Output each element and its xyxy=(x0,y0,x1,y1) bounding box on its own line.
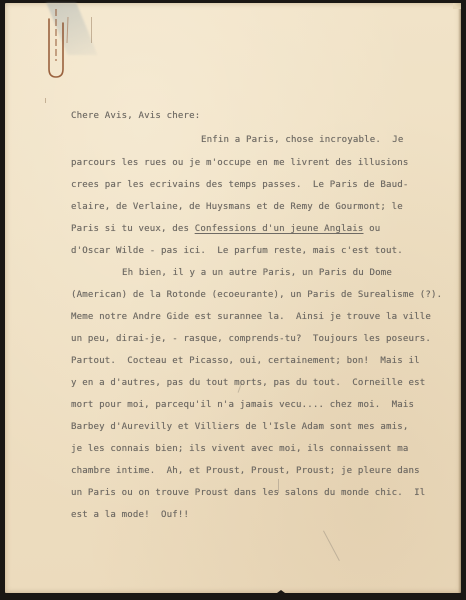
salutation: Chere Avis, Avis chere: xyxy=(71,111,200,122)
book-title: Confessions d'un jeune Anglais xyxy=(195,224,364,234)
text-line: (American) de la Rotonde (ecoeurante), u… xyxy=(71,290,442,301)
text-line: mort pour moi, parcequ'il n'a jamais vec… xyxy=(71,400,414,411)
text-line: elaire, de Verlaine, de Huysmans et de R… xyxy=(71,202,403,213)
text-line: parcours les rues ou je m'occupe en me l… xyxy=(71,158,409,169)
text-line: Meme notre Andre Gide est surannee la. A… xyxy=(71,312,431,323)
text-line: Barbey d'Aurevilly et Villiers de l'Isle… xyxy=(71,422,409,433)
text-line: crees par les ecrivains des temps passes… xyxy=(71,180,409,191)
letter-page: Chere Avis, Avis chere: Enfin a Paris, c… xyxy=(5,3,461,593)
scanned-document: Chere Avis, Avis chere: Enfin a Paris, c… xyxy=(0,0,466,600)
text-line: un peu, dirai-je, - rasque, comprends-tu… xyxy=(71,334,431,345)
text-line: d'Oscar Wilde - pas ici. Le parfum reste… xyxy=(71,246,403,257)
text-line: je les connais bien; ils vivent avec moi… xyxy=(71,444,409,455)
text-fragment: ou xyxy=(364,224,381,234)
text-fragment: Paris si tu veux, des xyxy=(71,224,195,234)
text-line: est a la mode! Ouf!! xyxy=(71,510,189,521)
text-line: Eh bien, il y a un autre Paris, un Paris… xyxy=(122,268,392,279)
text-line: un Paris ou on trouve Proust dans les sa… xyxy=(71,488,425,499)
text-line: Partout. Cocteau et Picasso, oui, certai… xyxy=(71,356,420,367)
text-line: chambre intime. Ah, et Proust, Proust, P… xyxy=(71,466,420,477)
text-line: Enfin a Paris, chose incroyable. Je xyxy=(201,135,404,146)
text-line: Paris si tu veux, des Confessions d'un j… xyxy=(71,224,380,235)
letter-body: Chere Avis, Avis chere: Enfin a Paris, c… xyxy=(5,3,461,593)
text-line: y en a d'autres, pas du tout morts, pas … xyxy=(71,378,425,389)
